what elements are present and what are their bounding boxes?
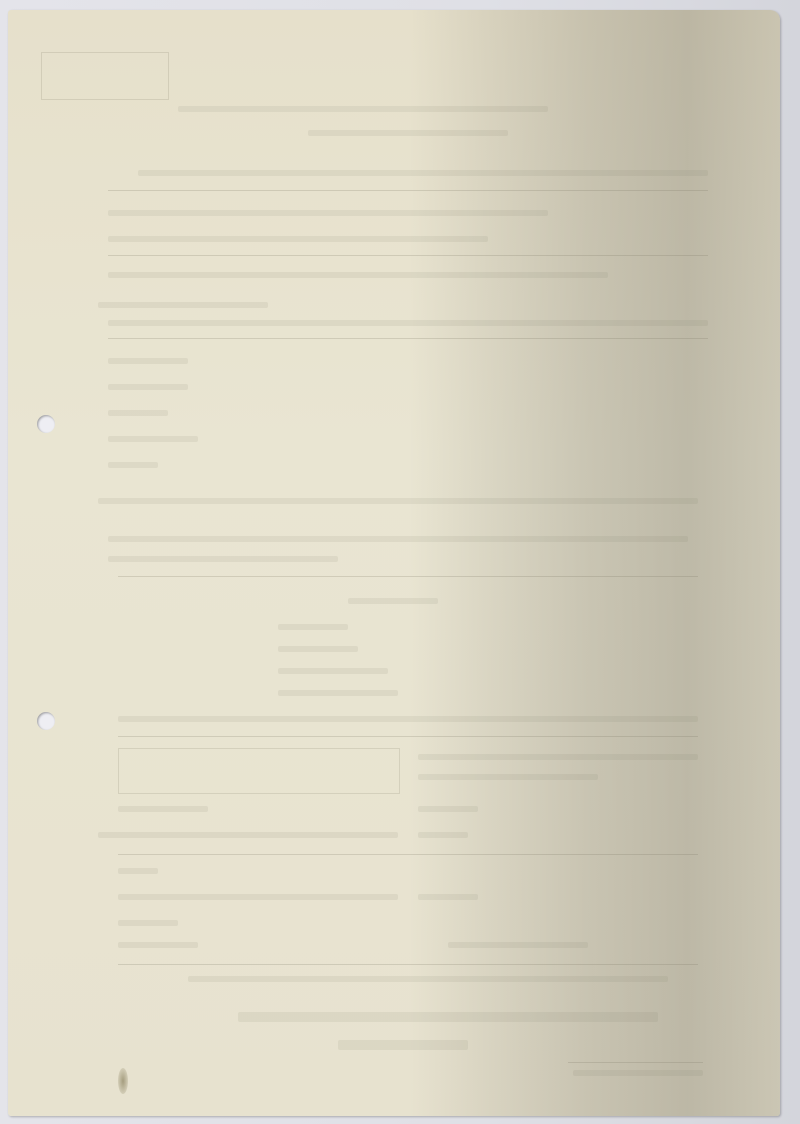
field-text-show-through — [118, 716, 698, 722]
label-show-through — [278, 624, 348, 630]
field-text-show-through — [98, 832, 398, 838]
label-show-through — [108, 462, 158, 468]
label-show-through — [278, 690, 398, 696]
paper-sheet: Reverse side of a printed paper form wit… — [8, 10, 780, 1116]
label-show-through — [418, 832, 468, 838]
table-cell-show-through — [118, 748, 400, 794]
label-show-through — [108, 384, 188, 390]
field-text-show-through — [108, 236, 488, 242]
header-text-show-through — [138, 170, 708, 176]
field-text-show-through — [98, 498, 698, 504]
label-show-through — [108, 410, 168, 416]
signature-caption-show-through — [573, 1070, 703, 1076]
footer-heading-show-through — [238, 1012, 658, 1022]
field-text-show-through — [418, 774, 598, 780]
field-text-show-through — [118, 894, 398, 900]
field-text-show-through — [108, 556, 338, 562]
form-rule — [118, 576, 698, 577]
label-show-through — [278, 646, 358, 652]
punched-hole-icon — [37, 712, 55, 730]
field-text-show-through — [108, 210, 548, 216]
paper-stain — [118, 1068, 128, 1094]
form-rule — [108, 255, 708, 256]
field-text-show-through — [108, 272, 608, 278]
signature-line — [568, 1062, 703, 1063]
form-rule — [108, 338, 708, 339]
form-rule — [108, 190, 708, 191]
form-rule — [118, 854, 698, 855]
field-text-show-through — [98, 302, 268, 308]
footer-heading-show-through — [338, 1040, 468, 1050]
field-text-show-through — [108, 320, 708, 326]
label-show-through — [278, 668, 388, 674]
punched-hole-icon — [37, 415, 55, 433]
label-show-through — [418, 894, 478, 900]
label-show-through — [108, 436, 198, 442]
field-text-show-through — [448, 942, 588, 948]
footer-text-show-through — [188, 976, 668, 982]
label-show-through — [418, 806, 478, 812]
label-show-through — [118, 806, 208, 812]
form-rule — [118, 736, 698, 737]
form-rule — [118, 964, 698, 965]
stamp-box-show-through — [41, 52, 169, 100]
field-text-show-through — [108, 536, 688, 542]
label-show-through — [108, 358, 188, 364]
header-text-show-through — [308, 130, 508, 136]
label-show-through — [118, 868, 158, 874]
label-show-through — [118, 920, 178, 926]
label-show-through — [118, 942, 198, 948]
section-heading-show-through — [348, 598, 438, 604]
header-text-show-through — [178, 106, 548, 112]
field-text-show-through — [418, 754, 698, 760]
